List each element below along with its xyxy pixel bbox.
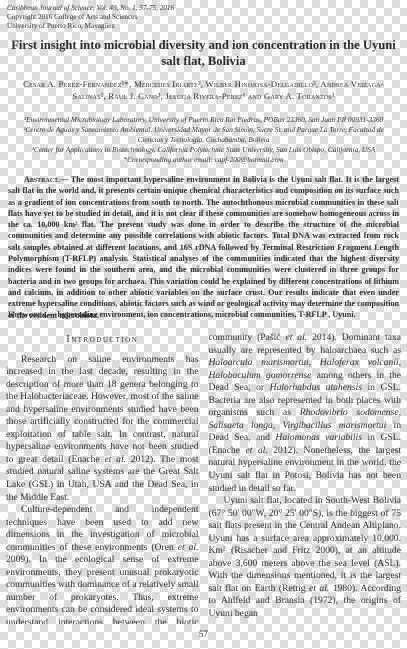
affiliation-line-2: ²Centro de Aguas y Saneamiento Ambiental… xyxy=(12,125,395,145)
corresponding-author-line: *Corresponding author email: capf-200@ho… xyxy=(12,155,395,165)
abstract-label: Abstract.— xyxy=(24,175,68,184)
author-list: Cesar A. Perez-Fernandez¹*, Mercedes Iri… xyxy=(18,78,389,102)
body-paragraph: Uyuni salt flat, located in South-West B… xyxy=(209,495,402,620)
left-column: Introduction Research on saline environm… xyxy=(6,332,199,624)
right-column: community (Pašić et al. 2014). Dominant … xyxy=(209,332,402,624)
keywords-line: Keywords.— hypersaline environment, ion … xyxy=(8,309,399,320)
page-number: 57 xyxy=(0,629,407,639)
two-column-body: Introduction Research on saline environm… xyxy=(6,332,401,624)
affiliations-block: ¹Environmental Microbiology Laboratory, … xyxy=(12,115,395,165)
journal-citation-line: Caribbean Journal of Science, Vol. 49, N… xyxy=(7,4,400,13)
abstract-paragraph: Abstract.— The most important hypersalin… xyxy=(8,174,399,321)
journal-header: Caribbean Journal of Science, Vol. 49, N… xyxy=(7,4,400,32)
introduction-heading: Introduction xyxy=(6,334,199,347)
keywords-label: Keywords.— xyxy=(8,310,55,319)
abstract-text: The most important hypersaline environme… xyxy=(8,175,399,320)
keywords-text: hypersaline environment, ion concentrati… xyxy=(55,310,355,319)
copyright-line: Copyright 2016 College of Arts and Scien… xyxy=(7,13,400,22)
affiliation-line-1: ¹Environmental Microbiology Laboratory, … xyxy=(12,115,395,125)
affiliation-line-3: ³Center for Applications in Biotechnolog… xyxy=(12,145,395,155)
body-paragraph: community (Pašić et al. 2014). Dominant … xyxy=(209,332,402,495)
document-page: Caribbean Journal of Science, Vol. 49, N… xyxy=(0,0,407,649)
body-paragraph: Culture-dependent and independent techni… xyxy=(6,504,199,624)
body-paragraph: Research on saline environments has incr… xyxy=(6,354,199,505)
article-title: First insight into microbial diversity a… xyxy=(8,37,399,69)
university-line: University of Puerto Rico, Mayagüez xyxy=(7,22,400,31)
